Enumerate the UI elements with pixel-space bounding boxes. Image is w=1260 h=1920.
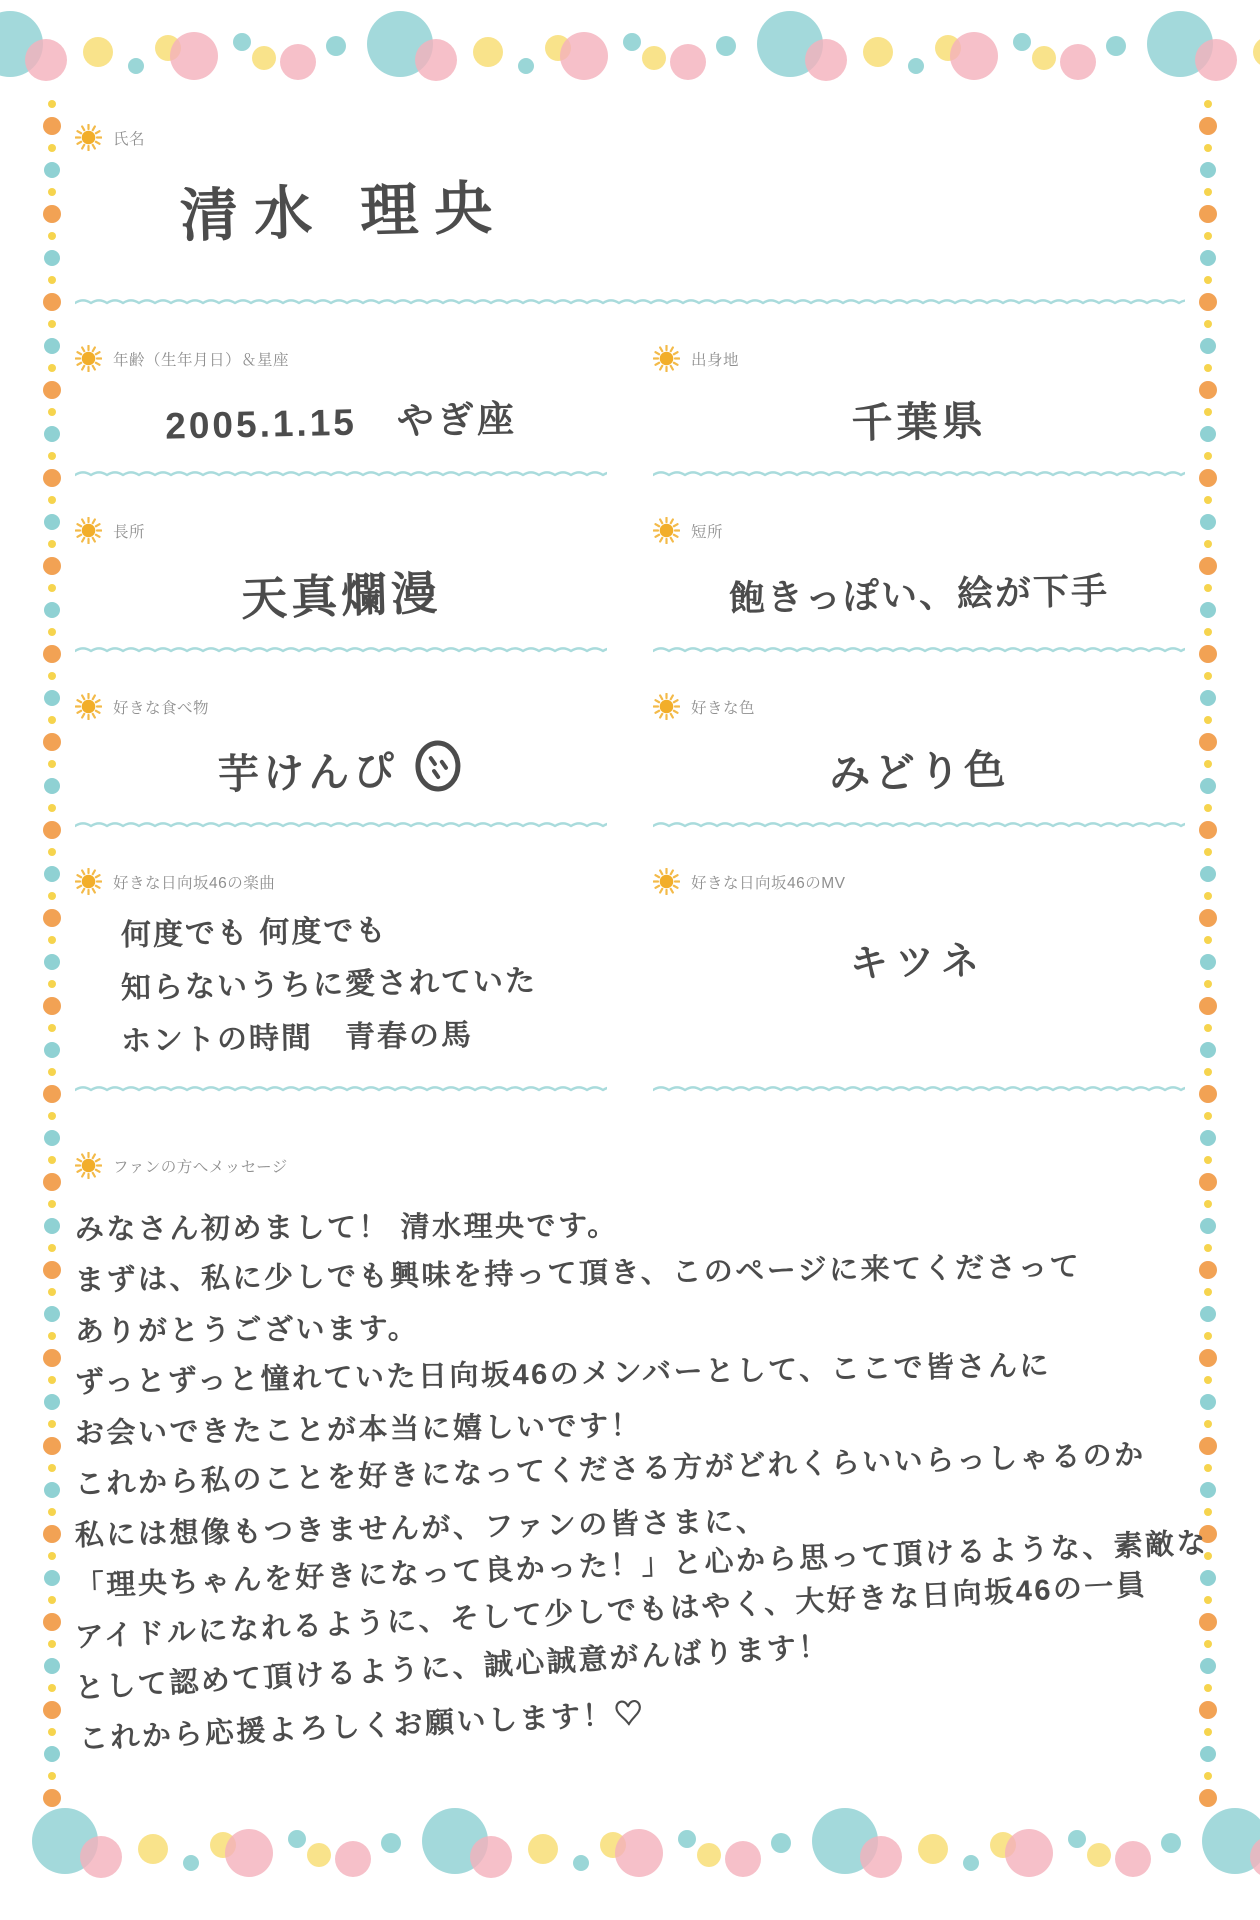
field-label: 年齢（生年月日）＆星座 — [113, 348, 289, 370]
field-hometown: 出身地 千葉県 — [653, 307, 1185, 479]
row-food-color: 好きな食べ物 芋けんぴ 好きな色 みどり色 — [75, 655, 1185, 830]
sun-icon — [653, 517, 680, 544]
wavy-divider — [75, 1084, 607, 1094]
row-strength-weakness: 長所 天真爛漫 短所 飽きっぽい、絵が下手 — [75, 479, 1185, 655]
wavy-divider — [75, 297, 1185, 307]
sun-icon — [75, 1152, 102, 1179]
sun-icon — [75, 124, 102, 151]
field-message: ファンの方へメッセージ みなさん初めまして！ 清水理央です。 まずは、私に少しで… — [75, 1152, 1185, 1766]
field-label: ファンの方へメッセージ — [113, 1155, 288, 1177]
row-birth-hometown: 年齢（生年月日）＆星座 2005.1.15 やぎ座 出身地 千葉県 — [75, 307, 1185, 479]
field-label: 短所 — [691, 520, 723, 542]
sun-icon — [75, 517, 102, 544]
song-line: 知らないうちに愛されていた — [121, 954, 608, 1015]
sun-icon — [653, 693, 680, 720]
handwritten-food-value: 芋けんぴ — [74, 714, 608, 825]
food-text: 芋けんぴ — [217, 737, 398, 800]
row-songs-mv: 好きな日向坂46の楽曲 何度でも 何度でも 知らないうちに愛されていた ホントの… — [75, 830, 1185, 1094]
confetti-border-bottom — [0, 1815, 1260, 1905]
field-food: 好きな食べ物 芋けんぴ — [75, 655, 607, 830]
profile-sheet: 氏名 清水 理央 年齢（生年月日）＆星座 2005.1.15 やぎ座 出身地 千… — [75, 108, 1185, 1766]
field-label: 氏名 — [113, 127, 145, 149]
field-name: 氏名 清水 理央 — [75, 124, 1185, 307]
handwritten-strength-value: 天真爛漫 — [74, 536, 609, 654]
sun-icon — [75, 345, 102, 372]
handwritten-color-value: みどり色 — [652, 712, 1187, 829]
handwritten-birth-value: 2005.1.15 やぎ座 — [74, 366, 608, 474]
sun-icon — [75, 693, 102, 720]
sun-icon — [75, 868, 102, 895]
confetti-border-top — [0, 18, 1260, 108]
field-label: 長所 — [113, 520, 145, 542]
sweet-potato-doodle-icon — [411, 737, 464, 794]
handwritten-hometown-value: 千葉県 — [652, 366, 1186, 474]
field-label: 好きな食べ物 — [113, 696, 209, 718]
song-line: ホントの時間 青春の馬 — [121, 1007, 608, 1068]
field-birth: 年齢（生年月日）＆星座 2005.1.15 やぎ座 — [75, 307, 607, 479]
field-label: 好きな日向坂46の楽曲 — [113, 871, 275, 893]
field-label: 好きな日向坂46のMV — [691, 871, 846, 893]
dotted-border-left — [40, 100, 64, 1820]
handwritten-weakness-value: 飽きっぽい、絵が下手 — [652, 538, 1186, 650]
field-color: 好きな色 みどり色 — [653, 655, 1185, 830]
dotted-border-right — [1196, 100, 1220, 1820]
field-label: 好きな色 — [691, 696, 755, 718]
field-weakness: 短所 飽きっぽい、絵が下手 — [653, 479, 1185, 655]
sun-icon — [653, 345, 680, 372]
song-line: 何度でも 何度でも — [121, 901, 608, 962]
handwritten-name-value: 清水 理央 — [179, 143, 1186, 253]
field-strength: 長所 天真爛漫 — [75, 479, 607, 655]
handwritten-mv-value: キツネ — [651, 889, 1187, 1089]
sun-icon — [653, 868, 680, 895]
field-label: 出身地 — [691, 348, 739, 370]
field-mv: 好きな日向坂46のMV キツネ — [653, 830, 1185, 1094]
field-songs: 好きな日向坂46の楽曲 何度でも 何度でも 知らないうちに愛されていた ホントの… — [75, 830, 607, 1094]
handwritten-songs-value: 何度でも 何度でも 知らないうちに愛されていた ホントの時間 青春の馬 — [75, 895, 607, 1084]
handwritten-message: みなさん初めまして！ 清水理央です。 まずは、私に少しでも興味を持って頂き、この… — [75, 1205, 1185, 1766]
